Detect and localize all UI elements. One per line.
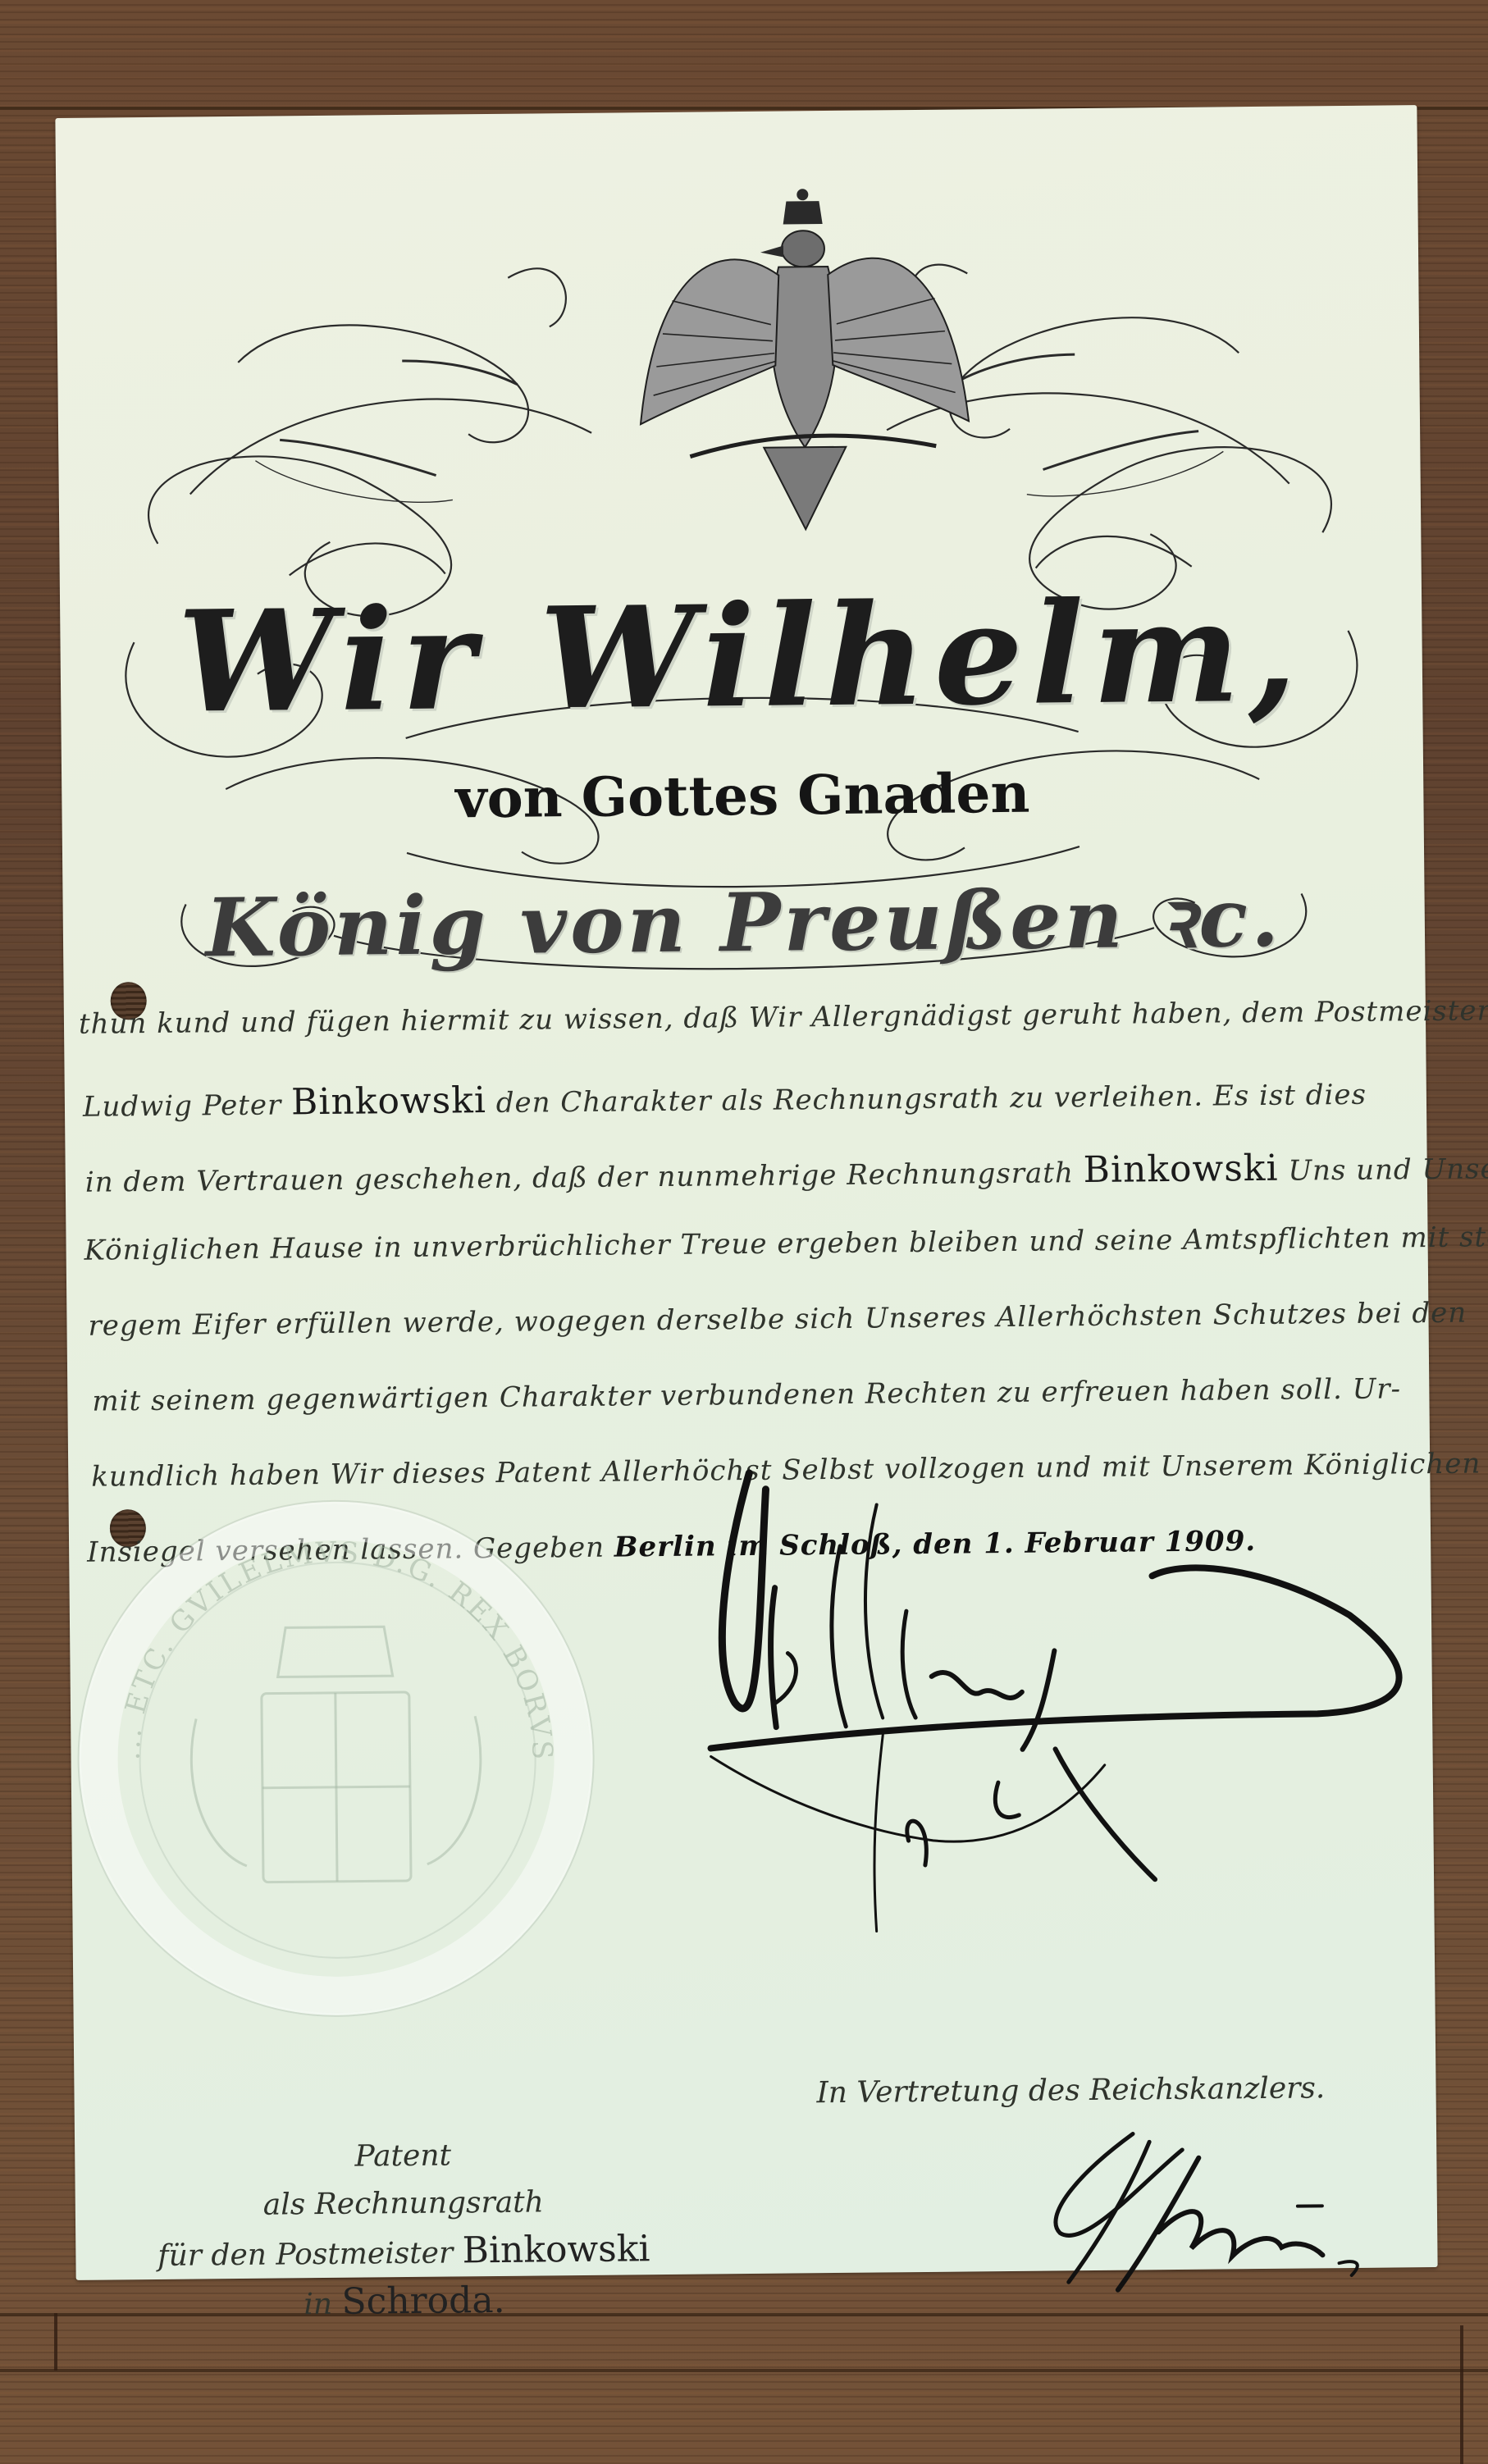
countersign-label: In Vertretung des Reichskanzlers. — [816, 2071, 1325, 2110]
patent-note-rank: als Rechnungsrath — [125, 2178, 683, 2231]
recipient-name: Binkowski — [1083, 1148, 1278, 1191]
title-wir-wilhelm: Wir Wilhelm, — [60, 568, 1423, 746]
recipient-name: Binkowski — [291, 1079, 486, 1123]
place-name: Schroda. — [341, 2279, 505, 2323]
body-line: regem Eifer erfüllen werde, wogegen ders… — [88, 1297, 1467, 1343]
plank-seam — [0, 2369, 1488, 2372]
countersign-signature: Kraetke — [1026, 2115, 1422, 2316]
body-line-text: Uns und Unserem — [1278, 1152, 1488, 1188]
plank-seam — [54, 2313, 57, 2370]
embossed-royal-seal: ... ETC. GVILELMVS D.G. REX BORVSSORVM .… — [77, 1499, 596, 2018]
seal-legend-text: ... ETC. GVILELMVS D.G. REX BORVSSORVM .… — [80, 1502, 559, 1767]
sovereign-signature: Wilhelm R. — [692, 1450, 1467, 1991]
plank-seam — [1460, 2325, 1463, 2464]
title-by-grace-of-god: von Gottes Gnaden — [62, 757, 1424, 834]
recipient-name: Binkowski — [462, 2228, 650, 2271]
body-line-text: den Charakter als Rechnungsrath zu verle… — [486, 1079, 1367, 1120]
patent-note: Patent als Rechnungsrath für den Postmei… — [124, 2130, 683, 2331]
patent-document: Wir Wilhelm, von Gottes Gnaden König von… — [55, 105, 1437, 2280]
body-line: in dem Vertrauen geschehen, daß der nunm… — [85, 1145, 1488, 1201]
svg-text:... ETC. GVILELMVS D.G. REX BO: ... ETC. GVILELMVS D.G. REX BORVSSORVM .… — [80, 1502, 559, 1767]
seal-crest-icon: ... ETC. GVILELMVS D.G. REX BORVSSORVM .… — [80, 1502, 593, 2015]
body-line-text: Ludwig Peter — [83, 1088, 291, 1123]
body-line: Ludwig Peter Binkowski den Charakter als… — [83, 1071, 1367, 1125]
patent-note-recipient: für den Postmeister Binkowski — [125, 2225, 683, 2281]
patent-note-place: in Schroda. — [126, 2275, 684, 2331]
body-line: Königlichen Hause in unverbrüchlicher Tr… — [84, 1221, 1488, 1267]
title-king-of-prussia: König von Preußen ꝛc. — [62, 858, 1425, 981]
body-line: mit seinem gegenwärtigen Charakter verbu… — [92, 1372, 1401, 1417]
prussian-eagle-icon — [622, 183, 986, 539]
body-line-text: in dem Vertrauen geschehen, daß der nunm… — [85, 1157, 1084, 1199]
patent-note-title: Patent — [124, 2130, 682, 2183]
document-header: Wir Wilhelm, von Gottes Gnaden König von… — [55, 105, 1425, 1004]
